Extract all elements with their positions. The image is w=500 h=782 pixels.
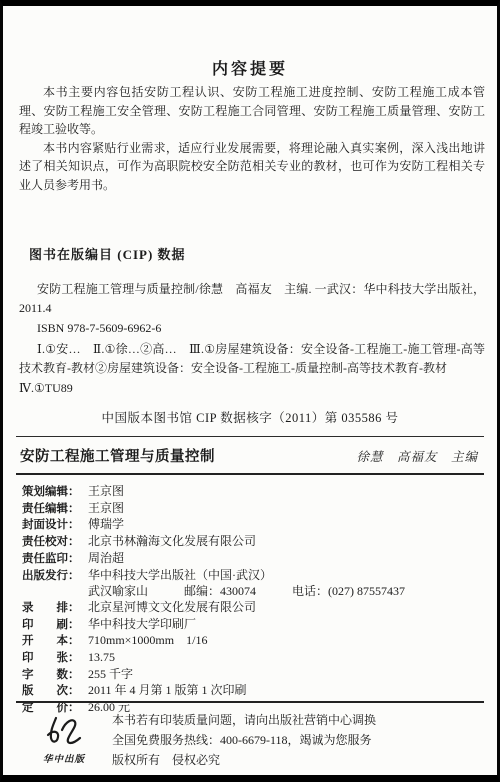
cip-heading: 图书在版编目 (CIP) 数据: [29, 244, 497, 263]
notice-lines: 本书若有印装质量问题，请向出版社营销中心调换 全国免费服务热线：400-6679…: [112, 710, 484, 770]
colophon-row: 录 排：北京星河博文文化发展有限公司: [22, 600, 484, 617]
row-label: 录 排：: [22, 601, 88, 617]
row-value: 710mm×1000mm 1/16: [88, 633, 207, 647]
publisher-logo-wordmark: 华中出版: [16, 751, 112, 765]
row-label: 开 本：: [22, 634, 88, 650]
book-editors: 徐慧 高福友 主编: [356, 447, 480, 465]
summary-paragraph-1: 本书主要内容包括安防工程认识、安防工程施工进度控制、安防工程施工成本管理、安防工…: [19, 83, 485, 139]
cip-classification: Ⅰ.①安… Ⅱ.①徐…②高… Ⅲ.①房屋建筑设备：安全设备-工程施工-施工管理-…: [19, 340, 485, 378]
row-label: 印 刷：: [22, 618, 88, 634]
notice-line-3: 版权所有 侵权必究: [112, 750, 484, 770]
colophon-row: 封面设计：傅瑞学: [22, 517, 484, 534]
row-label: 印 张：: [22, 651, 88, 667]
copyright-page: 内容提要 本书主要内容包括安防工程认识、安防工程施工进度控制、安防工程施工成本管…: [0, 0, 500, 782]
row-value: 北京星河博文文化发展有限公司: [88, 600, 256, 614]
cip-entry: 安防工程施工管理与质量控制/徐慧 高福友 主编. 一武汉：华中科技大学出版社，2…: [19, 280, 485, 318]
colophon-row: 开 本：710mm×1000mm 1/16: [22, 633, 484, 650]
summary-title: 内容提要: [3, 56, 497, 79]
row-label: 封面设计：: [22, 518, 88, 534]
row-label: 字 数：: [22, 668, 88, 684]
publisher-logo-icon: [41, 715, 87, 751]
row-value: 2011 年 4 月第 1 版第 1 次印刷: [88, 683, 247, 697]
row-value: 傅瑞学: [88, 517, 124, 531]
row-label: 责任编辑：: [22, 502, 88, 518]
row-value: 255 千字: [88, 667, 133, 681]
row-value: 武汉喻家山 邮编：430074 电话：(027) 87557437: [88, 584, 405, 598]
content-summary-section: 本书主要内容包括安防工程认识、安防工程施工进度控制、安防工程施工成本管理、安防工…: [19, 83, 485, 194]
summary-paragraph-2: 本书内容紧贴行业需求，适应行业发展需要，将理论融入真实案例，深入浅出地讲述了相关…: [19, 139, 485, 195]
colophon-title-row: 安防工程施工管理与质量控制 徐慧 高福友 主编: [16, 437, 484, 473]
isbn-line: ISBN 978-7-5609-6962-6: [37, 321, 497, 336]
notice-section: 华中出版 本书若有印装质量问题，请向出版社营销中心调换 全国免费服务热线：400…: [16, 701, 484, 778]
row-value: 华中科技大学印刷厂: [88, 617, 196, 631]
row-value: 王京图: [88, 484, 124, 498]
book-title: 安防工程施工管理与质量控制: [20, 445, 215, 466]
cip-classification-continued: Ⅳ.①TU89: [19, 381, 497, 396]
colophon-row: 印 刷：华中科技大学印刷厂: [22, 617, 484, 634]
colophon-rows: 策划编辑：王京图 责任编辑：王京图 封面设计：傅瑞学 责任校对：北京书林瀚海文化…: [16, 475, 484, 723]
row-label: 责任校对：: [22, 535, 88, 551]
colophon-row: 责任编辑：王京图: [22, 501, 484, 518]
row-label: 出版发行：: [22, 569, 88, 585]
cip-record-number: 中国版本图书馆 CIP 数据核字（2011）第 035586 号: [3, 408, 497, 426]
row-value: 北京书林瀚海文化发展有限公司: [88, 534, 256, 548]
colophon-row: 责任校对：北京书林瀚海文化发展有限公司: [22, 534, 484, 551]
row-label: 责任监印：: [22, 552, 88, 568]
notice-line-2: 全国免费服务热线：400-6679-118，竭诚为您服务: [112, 730, 484, 750]
colophon-row: 印 张：13.75: [22, 650, 484, 667]
colophon-row: 武汉喻家山 邮编：430074 电话：(027) 87557437: [22, 584, 484, 600]
row-label: 版 次：: [22, 684, 88, 700]
colophon-row: 字 数：255 千字: [22, 667, 484, 684]
colophon-row: 版 次：2011 年 4 月第 1 版第 1 次印刷: [22, 683, 484, 700]
colophon-row: 出版发行：华中科技大学出版社（中国·武汉）: [22, 568, 484, 585]
colophon-row: 责任监印：周治超: [22, 551, 484, 568]
row-value: 王京图: [88, 501, 124, 515]
colophon-section: 安防工程施工管理与质量控制 徐慧 高福友 主编 策划编辑：王京图 责任编辑：王京…: [16, 436, 484, 723]
row-label: 策划编辑：: [22, 485, 88, 501]
publisher-logo: 华中出版: [16, 715, 112, 765]
notice-line-1: 本书若有印装质量问题，请向出版社营销中心调换: [112, 710, 484, 730]
row-value: 周治超: [88, 551, 124, 565]
colophon-row: 策划编辑：王京图: [22, 484, 484, 501]
row-value: 华中科技大学出版社（中国·武汉）: [88, 568, 272, 582]
row-value: 13.75: [88, 650, 115, 664]
